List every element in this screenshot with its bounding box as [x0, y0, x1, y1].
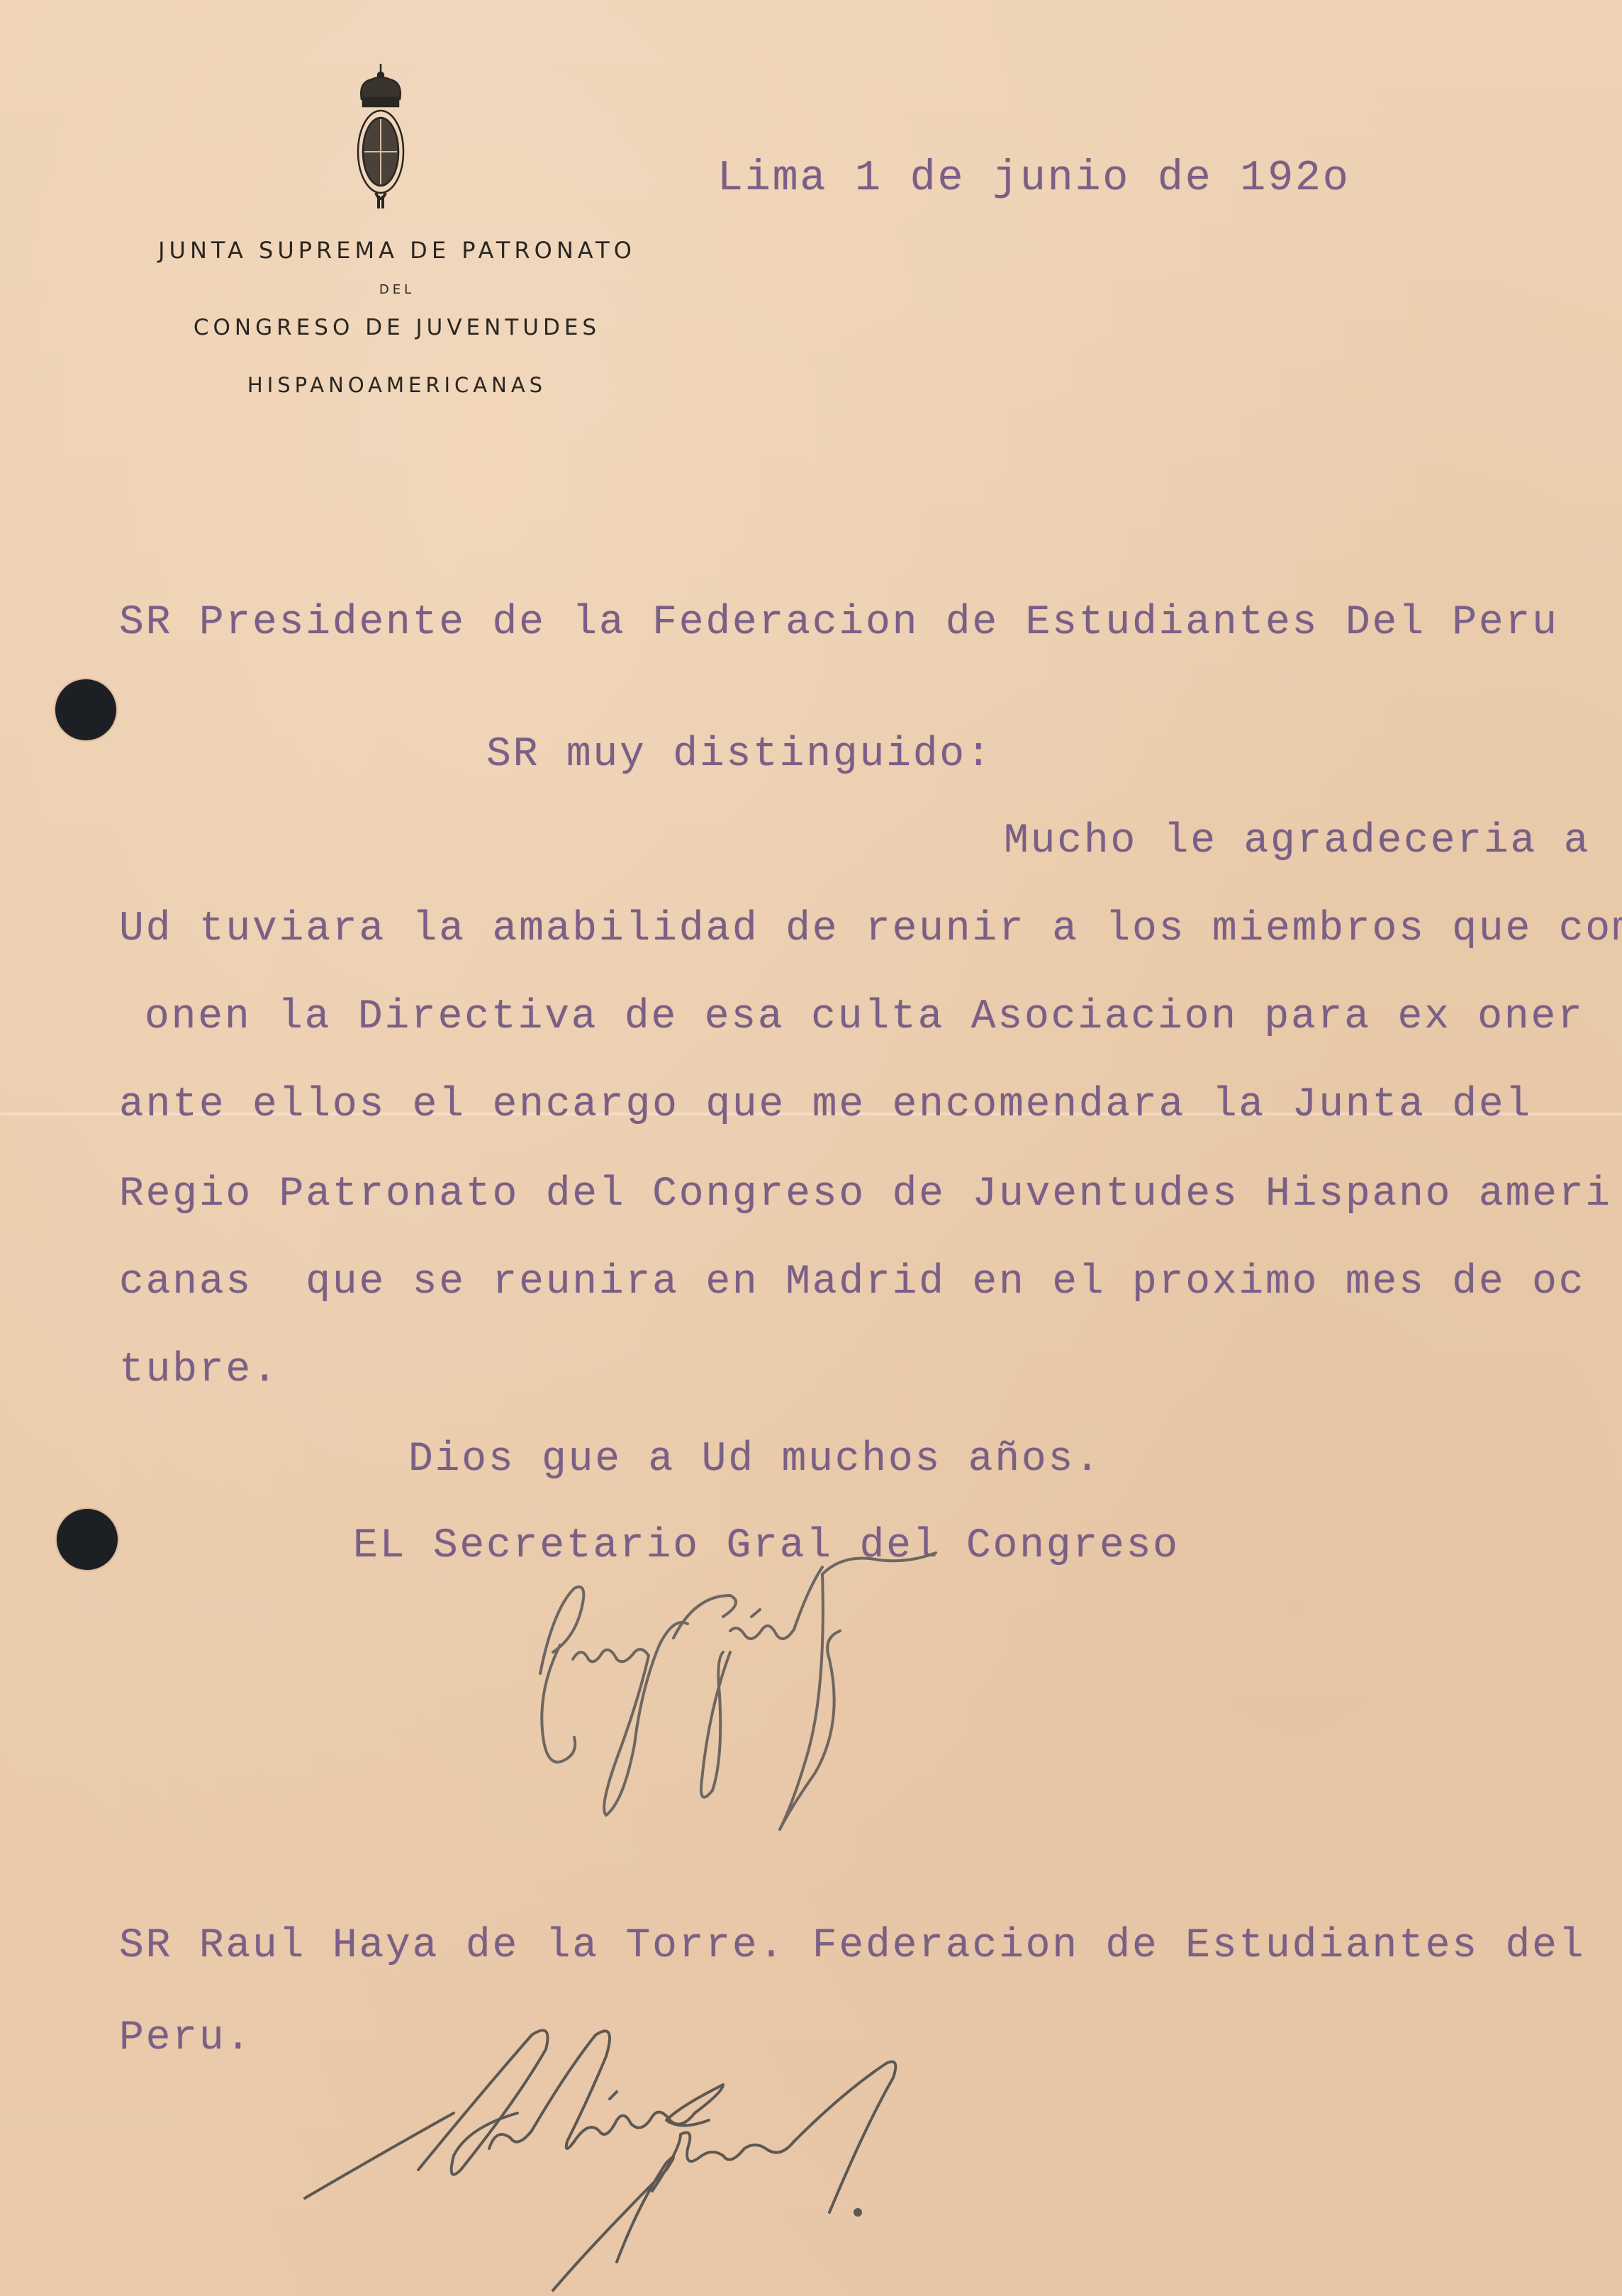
body-line: tubre. [119, 1347, 279, 1393]
punch-hole-bottom [57, 1509, 118, 1570]
royal-crest-icon [352, 62, 410, 213]
body-line: onen la Directiva de esa culta Asociacio… [145, 994, 1584, 1040]
recipient-line-2: Peru. [119, 2015, 252, 2061]
letter-date: Lima 1 de junio de 192o [717, 155, 1350, 203]
closing-line: Dios gue a Ud muchos años. [408, 1437, 1102, 1483]
addressee-line: SR Presidente de la Federacion de Estudi… [119, 600, 1559, 646]
letter-page: JUNTA SUPREMA DE PATRONATO DEL CONGRESO … [0, 0, 1622, 2296]
handwritten-annotation-archivese [284, 2007, 1007, 2296]
body-line: canas que se reunira en Madrid en el pro… [119, 1259, 1585, 1305]
handwritten-signature-secretary [510, 1546, 1049, 1844]
punch-hole-top [55, 679, 116, 740]
letterhead-line-4: HISPANOAMERICANAS [99, 373, 695, 397]
body-line: Regio Patronato del Congreso de Juventud… [119, 1171, 1612, 1217]
salutation: SR muy distinguido: [486, 732, 993, 778]
letterhead-line-3: CONGRESO DE JUVENTUDES [99, 315, 695, 340]
letterhead-line-1: JUNTA SUPREMA DE PATRONATO [99, 237, 695, 264]
letterhead-line-2: DEL [99, 282, 695, 297]
body-line: Mucho le agradeceria a [1004, 818, 1590, 864]
body-line: ante ellos el encargo que me encomendara… [119, 1082, 1532, 1128]
recipient-line-1: SR Raul Haya de la Torre. Federacion de … [119, 1923, 1585, 1969]
body-line: Ud tuviara la amabilidad de reunir a los… [119, 906, 1622, 952]
